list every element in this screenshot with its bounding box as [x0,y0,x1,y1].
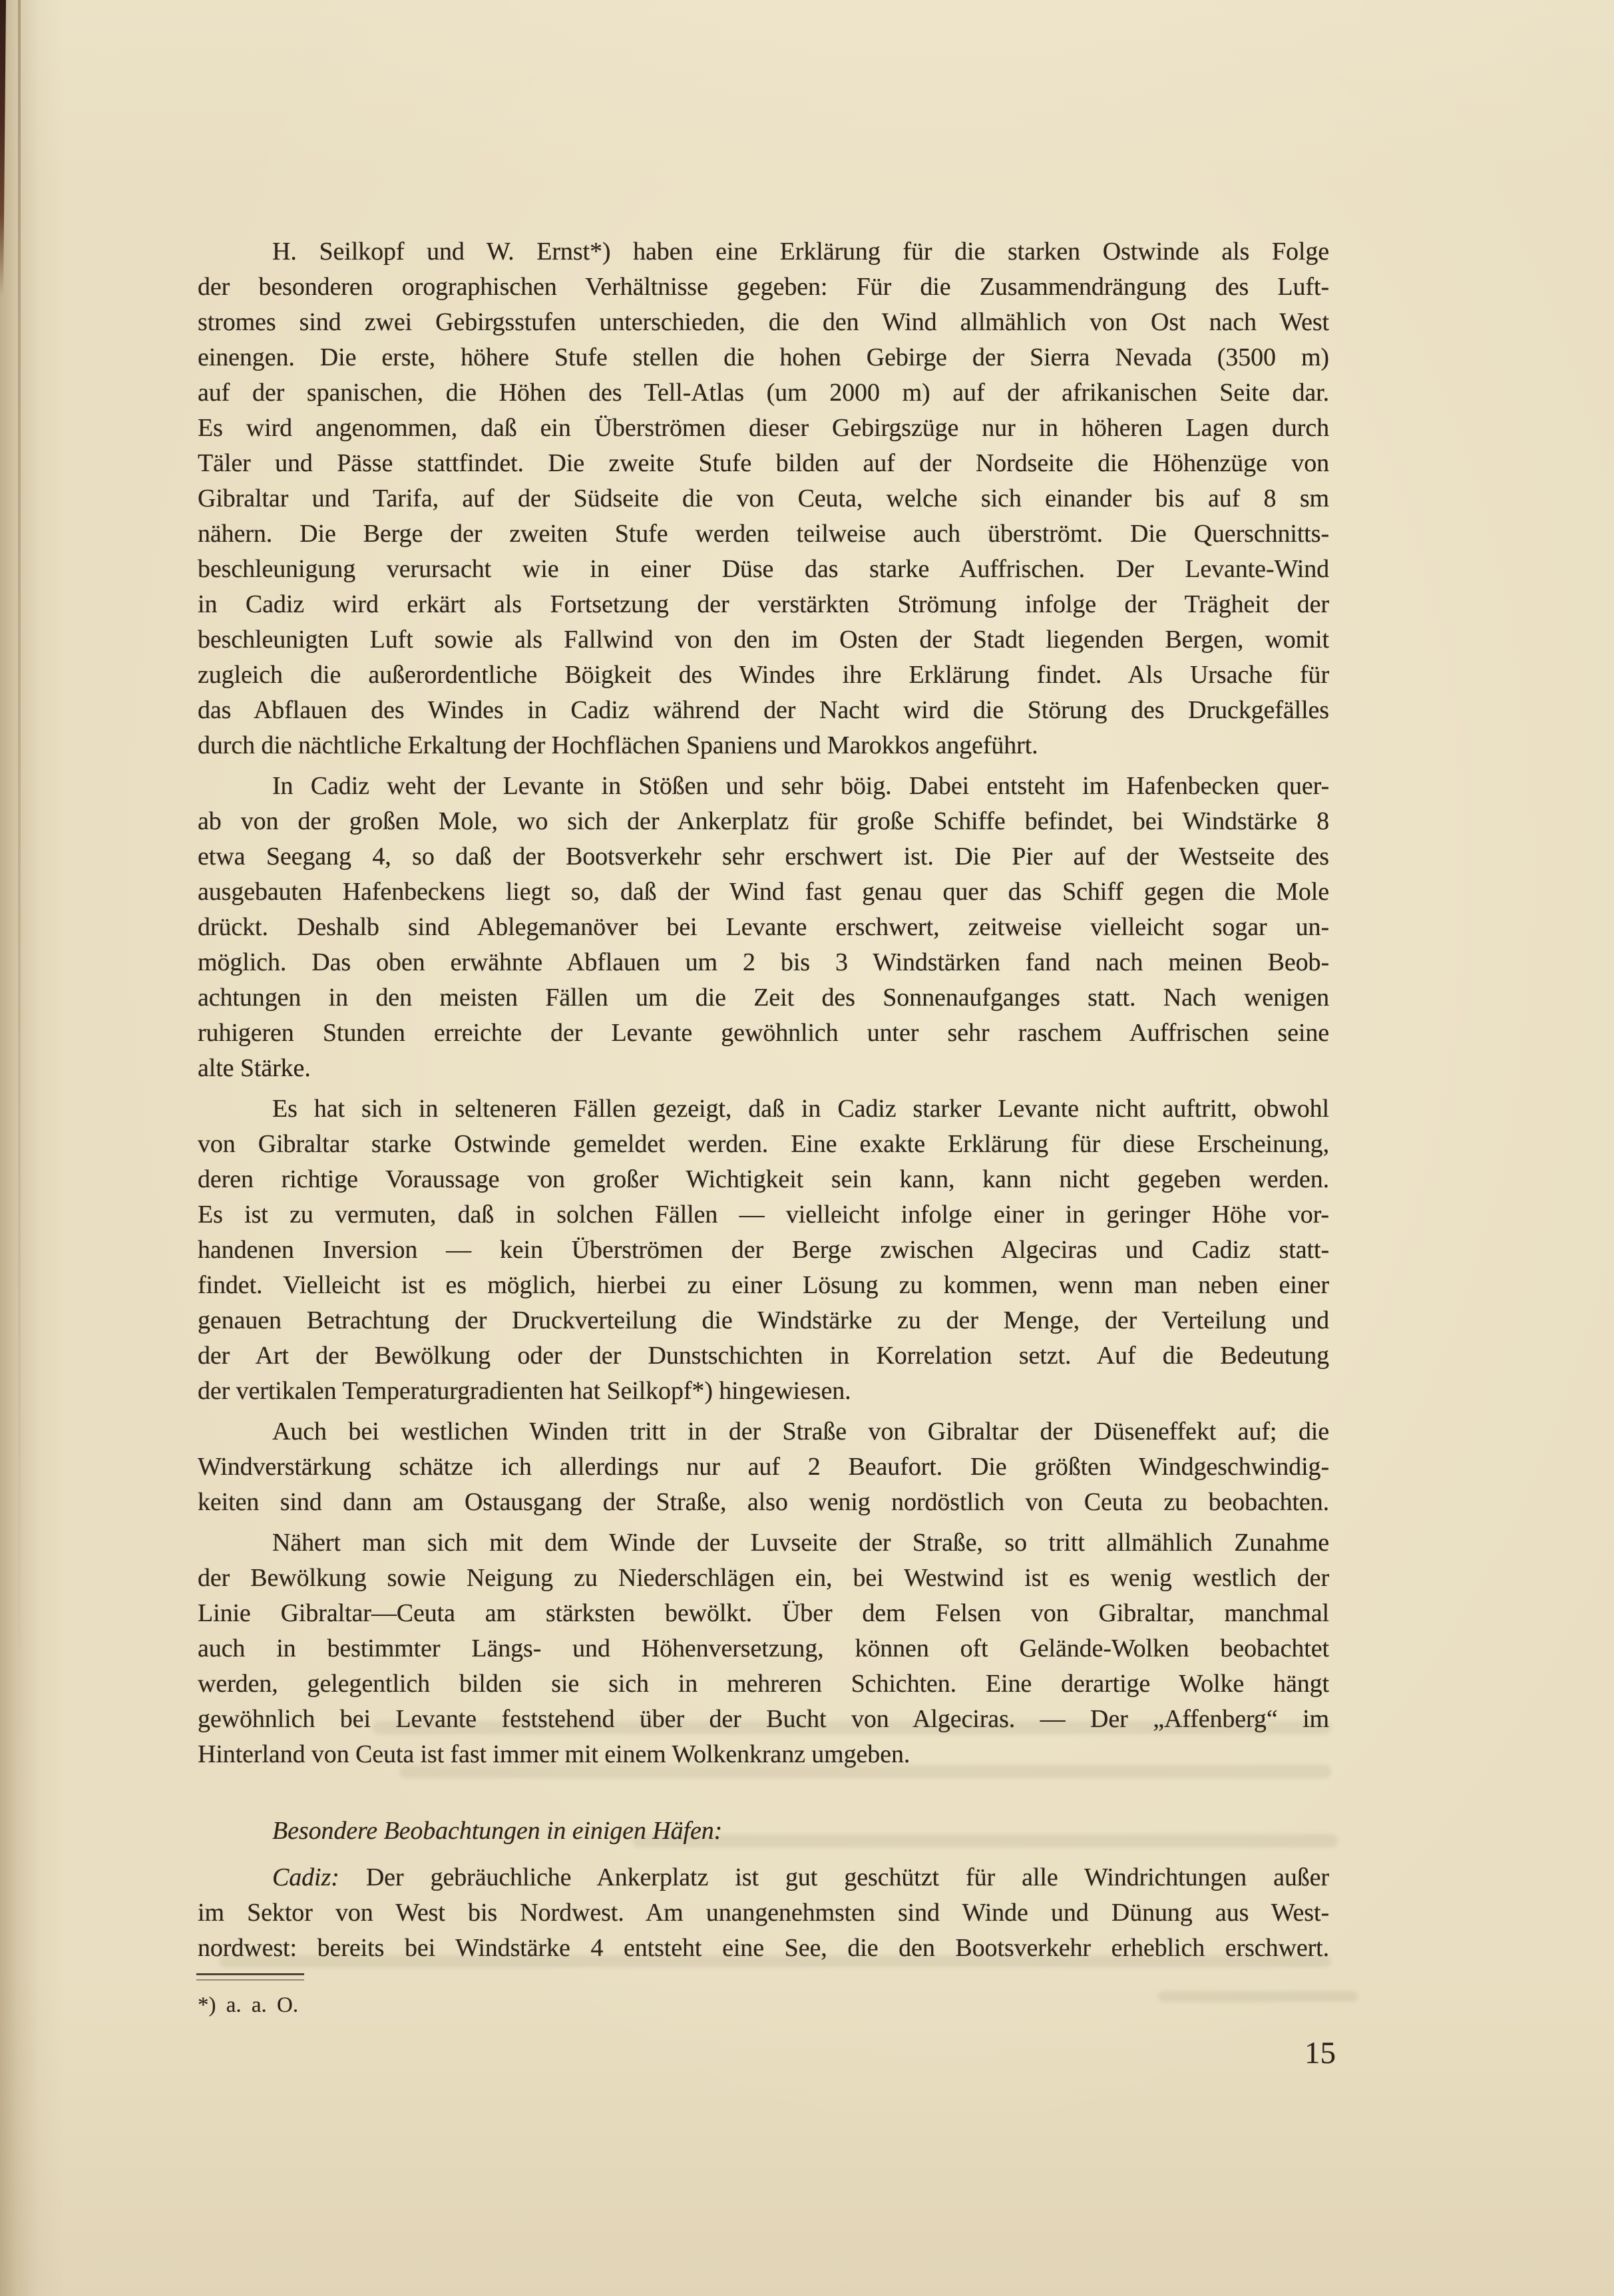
text-line: einengen. Die erste, höhere Stufe stelle… [198,340,1329,375]
scanned-book-page: H. Seilkopf und W. Ernst*) haben eine Er… [0,0,1614,2296]
text-line: im Sektor von West bis Nordwest. Am unan… [198,1895,1329,1931]
text-line: Linie Gibraltar—Ceuta am stärksten bewöl… [198,1596,1329,1631]
text-line: ab von der großen Mole, wo sich der Anke… [198,804,1329,839]
text-line: der Bewölkung sowie Neigung zu Niedersch… [198,1561,1329,1596]
text-line: Cadiz: Der gebräuchliche Ankerplatz ist … [198,1860,1329,1895]
text-line: möglich. Das oben erwähnte Abflauen um 2… [198,945,1329,980]
text-line: durch die nächtliche Erkaltung der Hochf… [198,728,1329,763]
text-line: auch in bestimmter Längs- und Höhenverse… [198,1631,1329,1666]
text-line: beschleunigung verursacht wie in einer D… [198,552,1329,587]
footnote-rule [196,1973,304,1981]
text-line: stromes sind zwei Gebirgsstufen untersch… [198,305,1329,340]
text-line: der besonderen orographischen Verhältnis… [198,270,1329,305]
paragraph-cadiz-hafen: Cadiz: Der gebräuchliche Ankerplatz ist … [198,1860,1329,1966]
text-block: H. Seilkopf und W. Ernst*) haben eine Er… [198,234,1329,1971]
text-line: der Art der Bewölkung oder der Dunstschi… [198,1338,1329,1374]
text-line: deren richtige Voraussage von großer Wic… [198,1162,1329,1197]
text-line: gewöhnlich bei Levante feststehend über … [198,1702,1329,1737]
text-line: In Cadiz weht der Levante in Stößen und … [198,769,1329,804]
text-line: Gibraltar und Tarifa, auf der Südseite d… [198,481,1329,516]
text-line: ruhigeren Stunden erreichte der Levante … [198,1016,1329,1051]
text-line: Täler und Pässe stattfindet. Die zweite … [198,446,1329,481]
paragraph-cadiz-levante: In Cadiz weht der Levante in Stößen und … [198,769,1329,1086]
text-line: etwa Seegang 4, so daß der Bootsverkehr … [198,839,1329,874]
section-heading: Besondere Beobachtungen in einigen Häfen… [198,1814,1329,1849]
text-line: handenen Inversion — kein Überströmen de… [198,1233,1329,1268]
showthrough-mark [1158,1991,1358,2002]
text-line: Nähert man sich mit dem Winde der Luvsei… [198,1525,1329,1561]
text-line: beschleunigten Luft sowie als Fallwind v… [198,622,1329,658]
text-line: Es wird angenommen, daß ein Überströmen … [198,411,1329,446]
text-line: zugleich die außerordentliche Böigkeit d… [198,658,1329,693]
paragraph-westwinde: Auch bei westlichen Winden tritt in der … [198,1414,1329,1520]
port-name-italic: Cadiz: [272,1863,339,1891]
paragraph-orography: H. Seilkopf und W. Ernst*) haben eine Er… [198,234,1329,763]
text-line: alte Stärke. [198,1051,1329,1086]
paragraph-bewoelkung: Nähert man sich mit dem Winde der Luvsei… [198,1525,1329,1772]
text-line: von Gibraltar starke Ostwinde gemeldet w… [198,1127,1329,1162]
page-number: 15 [1305,2036,1336,2070]
text-line: Auch bei westlichen Winden tritt in der … [198,1414,1329,1449]
text-line: das Abflauen des Windes in Cadiz während… [198,693,1329,728]
text-line: auf der spanischen, die Höhen des Tell-A… [198,375,1329,411]
footnote: *) a. a. O. [198,1992,298,2018]
text-line: findet. Vielleicht ist es möglich, hierb… [198,1268,1329,1303]
paragraph-seltene-faelle: Es hat sich in selteneren Fällen gezeigt… [198,1091,1329,1409]
text-line: Windverstärkung schätze ich allerdings n… [198,1449,1329,1485]
text-line: nordwest: bereits bei Windstärke 4 entst… [198,1931,1329,1966]
text-line: genauen Betrachtung der Druckverteilung … [198,1303,1329,1338]
text-line: Es ist zu vermuten, daß in solchen Fälle… [198,1197,1329,1233]
text-line: Es hat sich in selteneren Fällen gezeigt… [198,1091,1329,1127]
text-line: H. Seilkopf und W. Ernst*) haben eine Er… [198,234,1329,270]
text-line: in Cadiz wird erkärt als Fortsetzung der… [198,587,1329,622]
text-line: Hinterland von Ceuta ist fast immer mit … [198,1737,1329,1772]
text-run: Der gebräuchliche Ankerplatz ist gut ges… [339,1863,1329,1891]
page-fold-crease [18,0,21,1764]
text-line: drückt. Deshalb sind Ablegemanöver bei L… [198,910,1329,945]
text-line: werden, gelegentlich bilden sie sich in … [198,1666,1329,1702]
text-line: der vertikalen Temperaturgradienten hat … [198,1374,1329,1409]
text-line: ausgebauten Hafenbeckens liegt so, daß d… [198,874,1329,910]
text-line: nähern. Die Berge der zweiten Stufe werd… [198,516,1329,552]
text-line: achtungen in den meisten Fällen um die Z… [198,980,1329,1016]
text-line: keiten sind dann am Ostausgang der Straß… [198,1485,1329,1520]
